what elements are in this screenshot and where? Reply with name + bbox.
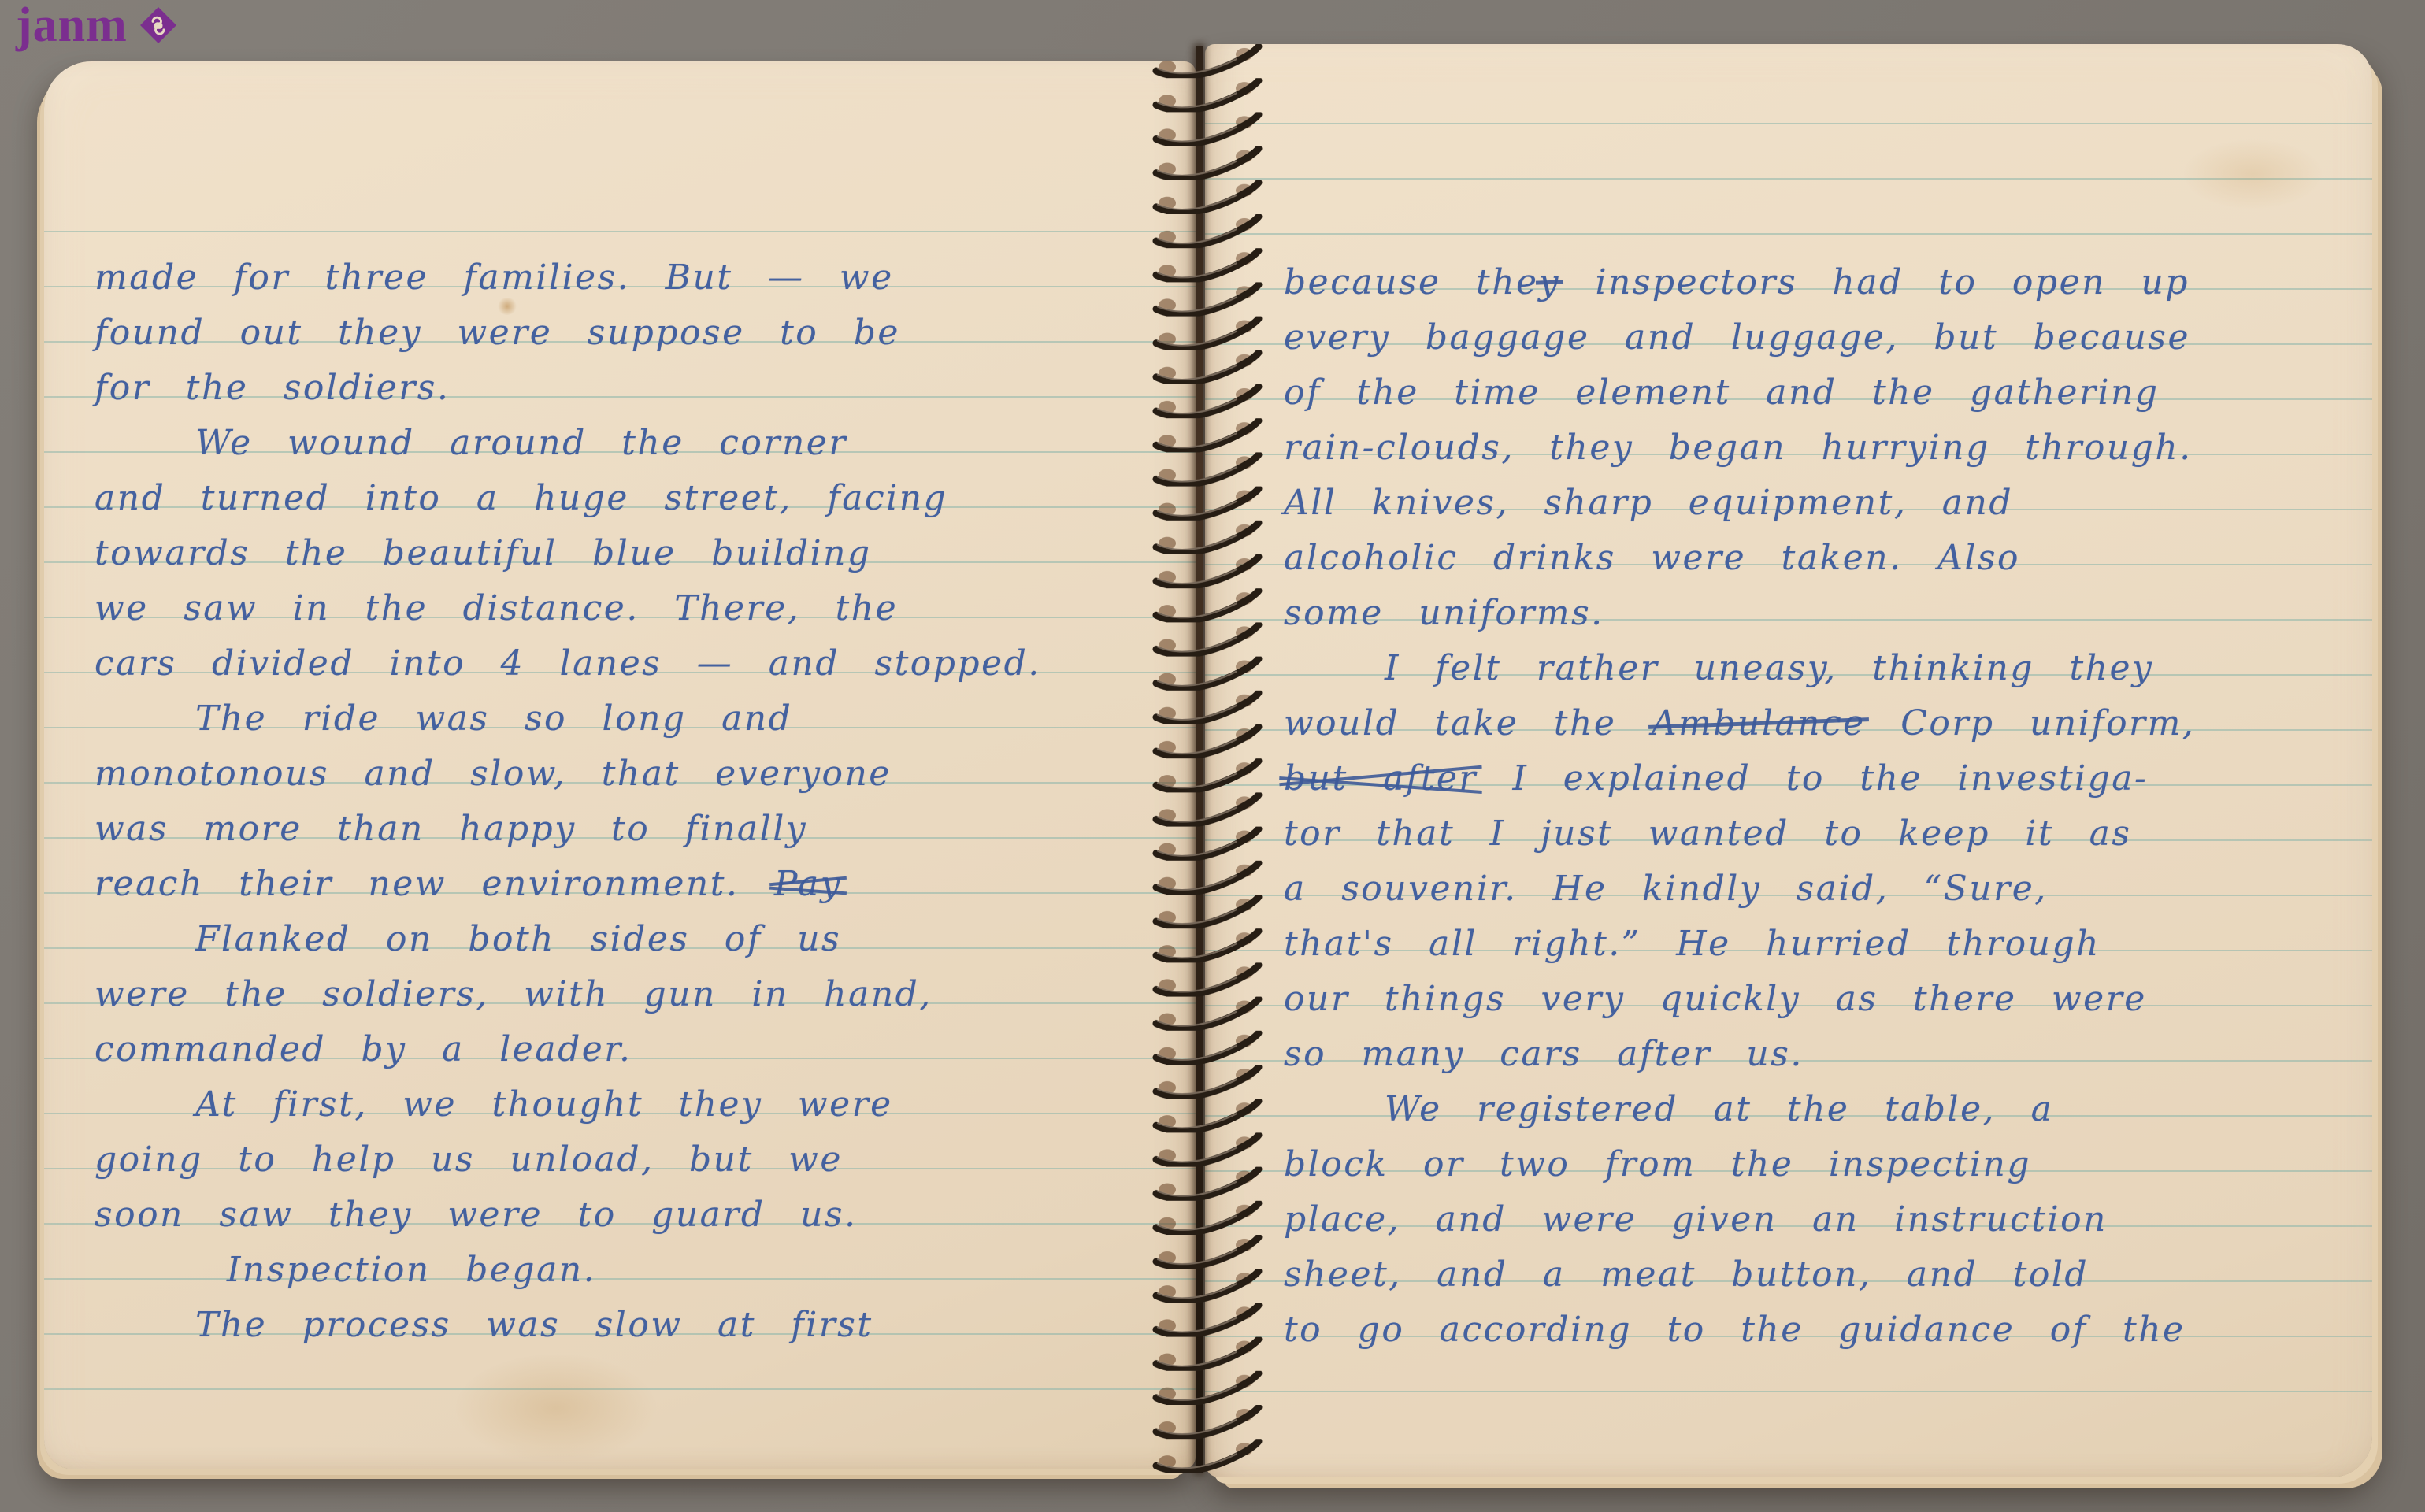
handwriting-line: so many cars after us. [1284,1027,2356,1082]
handwriting-line: monotonous and slow, that everyone [95,747,1172,802]
handwriting-text: Inspection began. [227,1250,596,1290]
janm-logo: janm [16,0,181,50]
scribbled-out-words: but after [1284,758,1478,799]
handwriting-text: and turned into a huge street, facing [95,478,947,518]
handwriting-line: place, and were given an instruction [1284,1192,2356,1247]
handwriting-text: reach their new environment. [95,864,774,904]
handwriting-text: were the soldiers, with gun in hand, [95,974,933,1014]
handwriting-text: We wound around the corner [195,423,847,463]
handwriting-right: because they inspectors had to open up e… [1284,255,2356,1358]
handwriting-line: soon saw they were to guard us. [95,1188,1172,1243]
handwriting-text: At first, we thought they were [195,1084,893,1125]
handwriting-text: sheet, and a meat button, and told [1284,1254,2089,1295]
handwriting-line: At first, we thought they were [95,1077,1172,1132]
handwriting-line: The process was slow at first [95,1298,1172,1353]
handwriting-text: All knives, sharp equipment, and [1284,483,2013,523]
handwriting-line: block or two from the inspecting [1284,1137,2356,1192]
handwriting-line: every baggage and luggage, but because [1284,310,2356,365]
handwriting-text: made for three families. But — we [95,258,894,298]
handwriting-text: commanded by a leader. [95,1029,632,1069]
handwriting-text: block or two from the inspecting [1284,1144,2031,1184]
handwriting-line: cars divided into 4 lanes — and stopped. [95,636,1172,691]
handwriting-text: soon saw they were to guard us. [95,1195,858,1235]
handwriting-line: we saw in the distance. There, the [95,581,1172,636]
handwriting-text: so many cars after us. [1284,1034,1804,1074]
handwriting-line: and turned into a huge street, facing [95,471,1172,526]
handwriting-line: reach their new environment. Pay [95,857,1172,912]
handwriting-text: tor that I just wanted to keep it as [1284,813,2131,854]
handwriting-left: made for three families. But — we found … [95,250,1172,1353]
handwriting-text: monotonous and slow, that everyone [95,754,892,794]
handwriting-text: We registered at the table, a [1385,1089,2053,1129]
handwriting-line: were the soldiers, with gun in hand, [95,967,1172,1022]
handwriting-line: All knives, sharp equipment, and [1284,476,2356,531]
handwriting-line: We wound around the corner [95,416,1172,471]
handwriting-line: but after I explained to the investiga- [1284,751,2356,806]
handwriting-text: found out they were suppose to be [95,313,900,353]
handwriting-text: alcoholic drinks were taken. Also [1284,538,2020,578]
paper-stain [2182,139,2323,209]
handwriting-line: going to help us unload, but we [95,1132,1172,1188]
handwriting-text: Corp uniform, [1866,703,2196,743]
handwriting-line: alcoholic drinks were taken. Also [1284,531,2356,586]
struck-letter: y [1539,262,1560,302]
handwriting-text: place, and were given an instruction [1284,1199,2108,1240]
handwriting-text: was more than happy to finally [95,809,807,849]
handwriting-line: commanded by a leader. [95,1022,1172,1077]
handwriting-line: to go according to the guidance of the [1284,1303,2356,1358]
handwriting-line: Flanked on both sides of us [95,912,1172,967]
handwriting-line: some uniforms. [1284,586,2356,641]
handwriting-line: because they inspectors had to open up [1284,255,2356,310]
handwriting-line: of the time element and the gathering [1284,365,2356,421]
handwriting-text: I felt rather uneasy, thinking they [1385,648,2153,688]
handwriting-line: We registered at the table, a [1284,1082,2356,1137]
handwriting-line: rain-clouds, they began hurrying through… [1284,421,2356,476]
handwriting-text: our things very quickly as there were [1284,979,2147,1019]
handwriting-line: towards the beautiful blue building [95,526,1172,581]
handwriting-text: I explained to the investiga- [1478,758,2148,799]
notebook-right-page: because they inspectors had to open up e… [1205,44,2372,1477]
handwriting-line: sheet, and a meat button, and told [1284,1247,2356,1303]
handwriting-line: a souvenir. He kindly said, “Sure, [1284,862,2356,917]
handwriting-line: was more than happy to finally [95,802,1172,857]
handwriting-text: because the [1284,262,1539,302]
handwriting-line: would take the Ambulance Corp uniform, [1284,696,2356,751]
handwriting-text: rain-clouds, they began hurrying through… [1284,428,2193,468]
spiral-binding-icon [1144,44,1270,1473]
janm-logo-text: janm [16,0,128,50]
handwriting-line: that's all right.” He hurried through [1284,917,2356,972]
handwriting-text: a souvenir. He kindly said, “Sure, [1284,869,2048,909]
paper-stain [497,298,517,315]
handwriting-text: for the soldiers. [95,368,450,408]
handwriting-line: made for three families. But — we [95,250,1172,306]
handwriting-line: tor that I just wanted to keep it as [1284,806,2356,862]
struck-word: Ambulance [1652,703,1866,743]
handwriting-text: cars divided into 4 lanes — and stopped. [95,643,1041,684]
handwriting-text: Flanked on both sides of us [195,919,841,959]
handwriting-text: every baggage and luggage, but because [1284,317,2190,358]
handwriting-text: to go according to the guidance of the [1284,1310,2186,1350]
handwriting-line: for the soldiers. [95,361,1172,416]
handwriting-line: Inspection began. [95,1243,1172,1298]
handwriting-text: would take the [1284,703,1652,743]
handwriting-line: found out they were suppose to be [95,306,1172,361]
scribbled-out-word: Pay [774,864,842,904]
paper-stain [454,1353,658,1463]
janm-diamond-crest-icon [135,2,181,48]
handwriting-line: The ride was so long and [95,691,1172,747]
handwriting-text: going to help us unload, but we [95,1140,843,1180]
ruled-lines [44,231,1196,1400]
handwriting-text: we saw in the distance. There, the [95,588,898,628]
handwriting-text: of the time element and the gathering [1284,372,2160,413]
handwriting-text: The ride was so long and [195,699,792,739]
handwriting-line: I felt rather uneasy, thinking they [1284,641,2356,696]
handwriting-text: towards the beautiful blue building [95,533,872,573]
notebook-left-page: made for three families. But — we found … [44,61,1196,1469]
handwriting-text: that's all right.” He hurried through [1284,924,2101,964]
handwriting-line: our things very quickly as there were [1284,972,2356,1027]
ruled-lines [1205,123,2372,1410]
handwriting-text: inspectors had to open up [1560,262,2190,302]
handwriting-text: The process was slow at first [195,1305,873,1345]
scanned-notebook-spread: made for three families. But — we found … [0,0,2425,1512]
handwriting-text: some uniforms. [1284,593,1604,633]
